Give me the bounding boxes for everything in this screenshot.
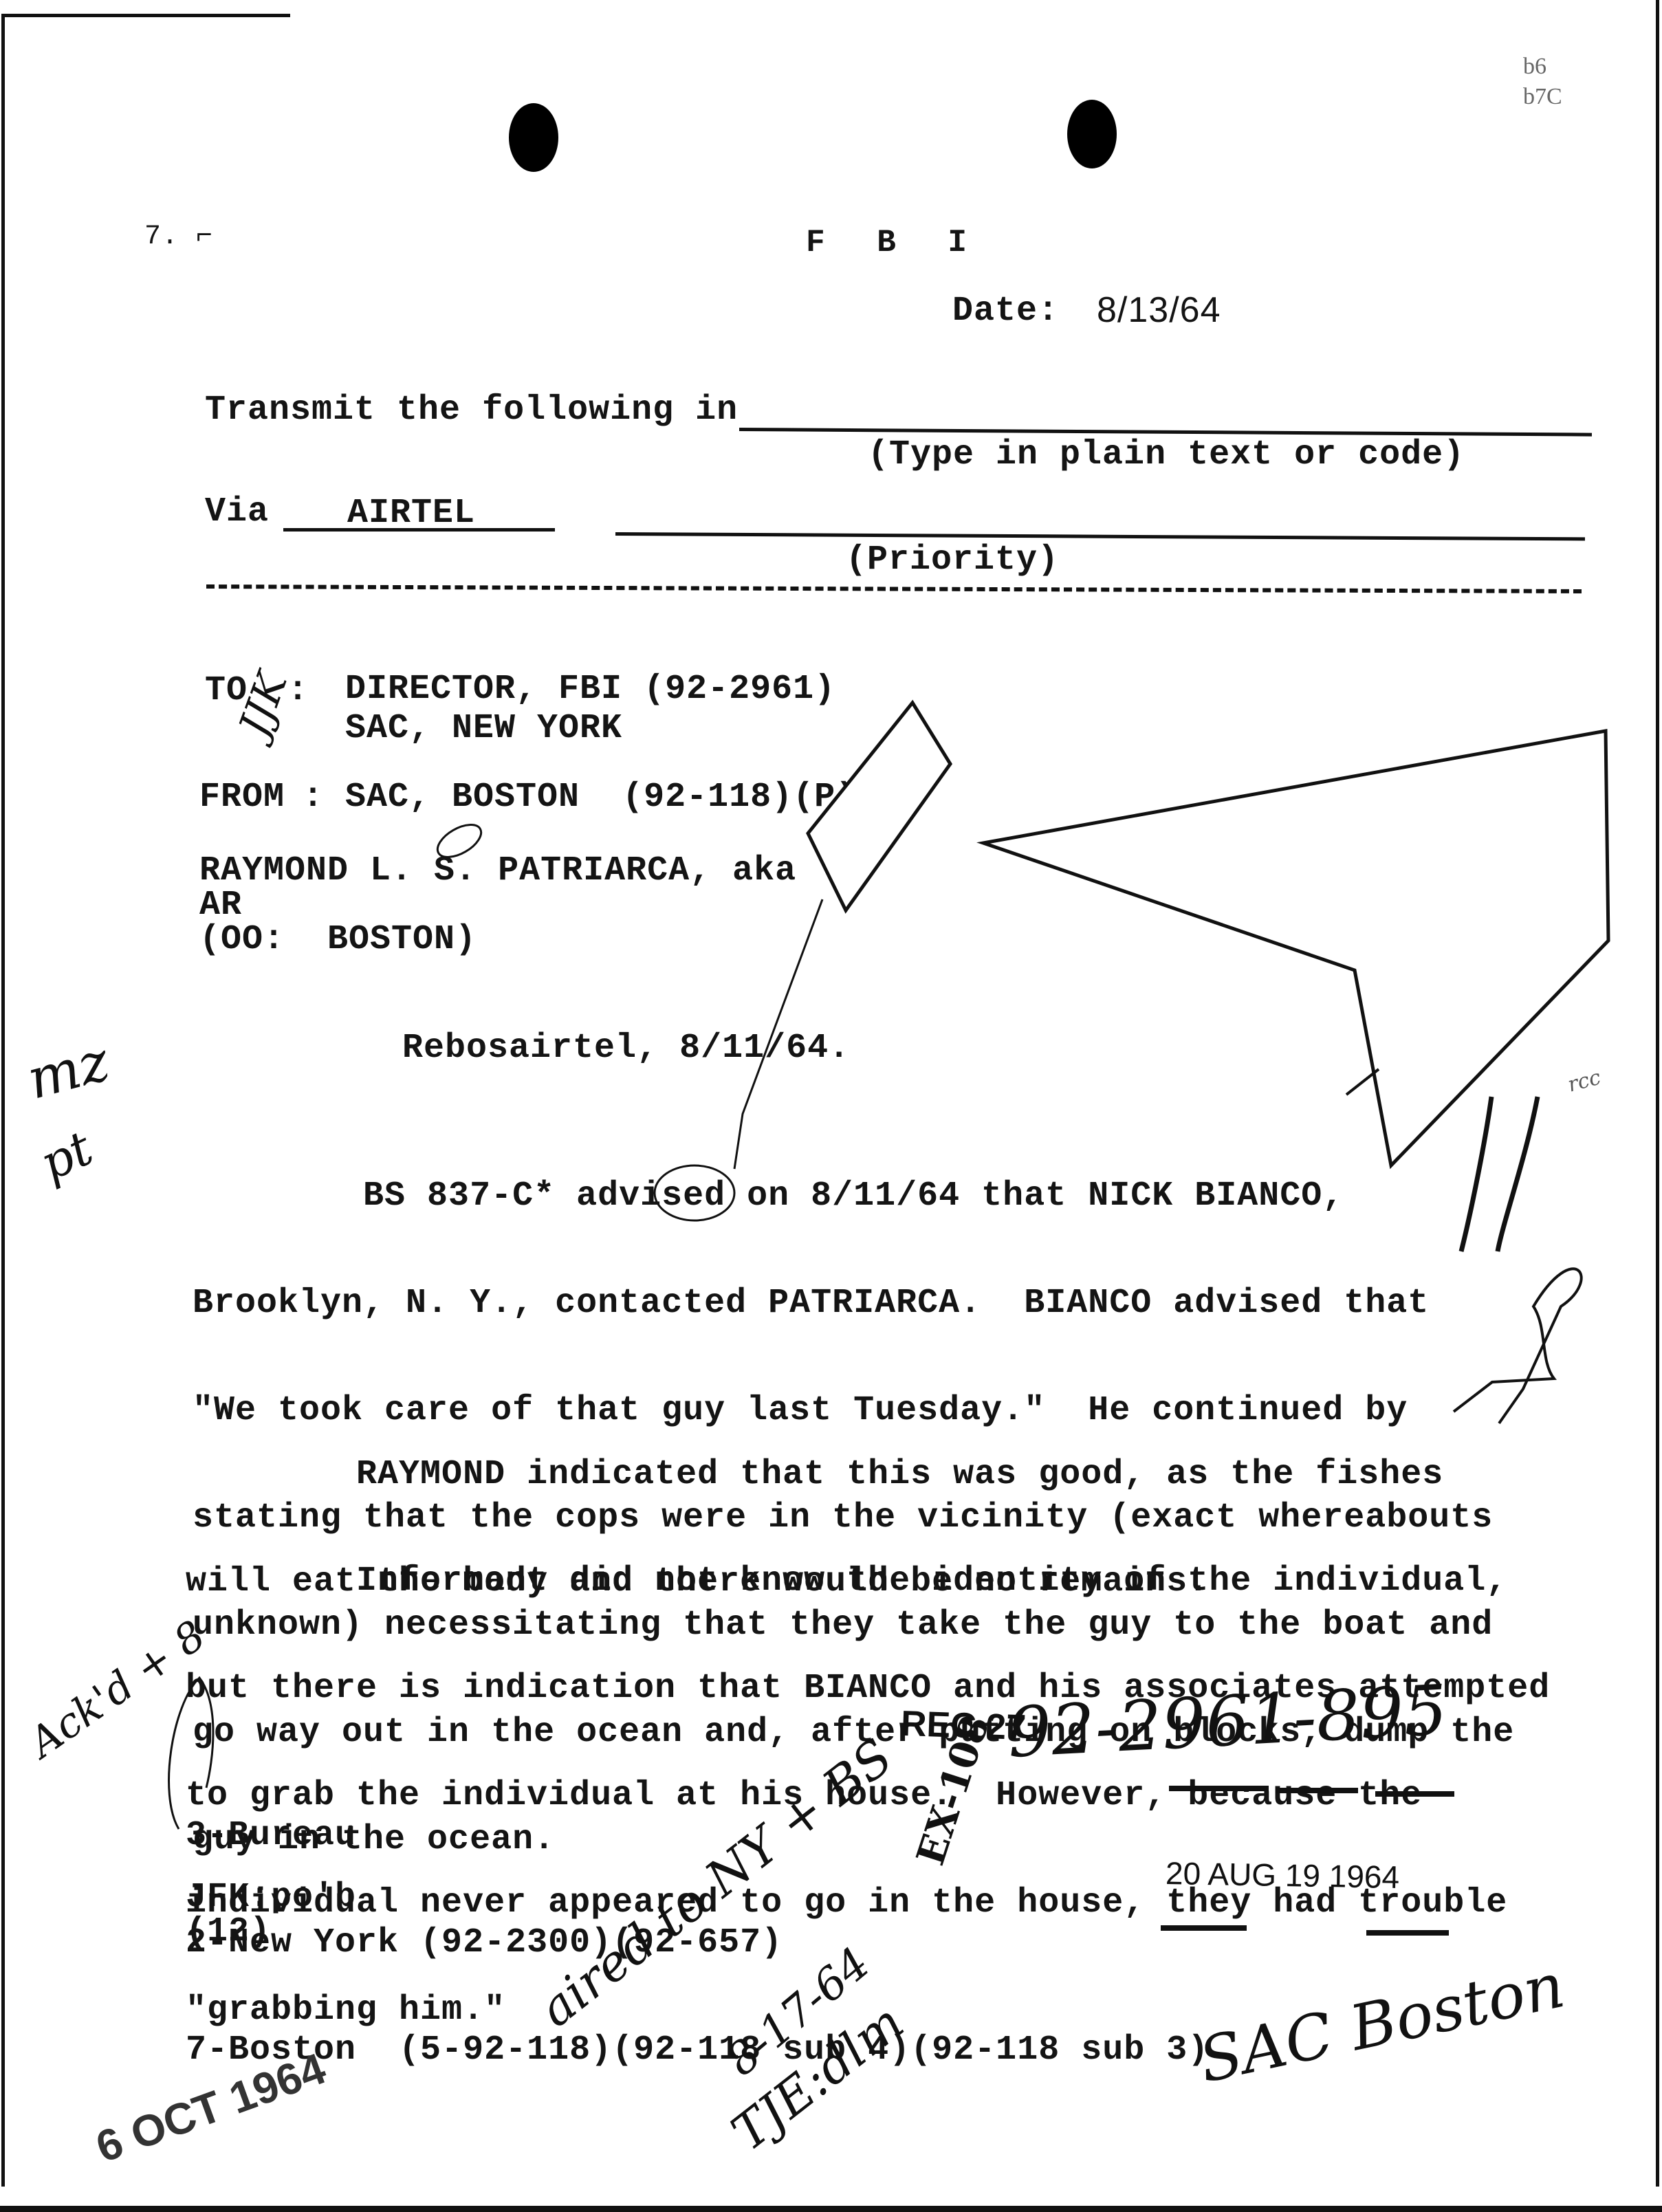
pen-circle-guy [655, 1165, 734, 1220]
pen-line [734, 899, 822, 1169]
fbi-airtel-document: b6 b7C 7. ⌐ F B I Date: 8/13/64 Transmit… [0, 0, 1662, 2212]
pen-circle-patriarca [433, 818, 487, 864]
pen-circle-3 [169, 1678, 213, 1829]
pen-check-mark [1454, 1269, 1582, 1423]
redaction-box-1 [808, 703, 950, 910]
redactions-and-pen-marks [0, 0, 1662, 2212]
redaction-box-2-shape [983, 731, 1608, 1165]
pen-bracket-marks [1461, 1097, 1538, 1251]
